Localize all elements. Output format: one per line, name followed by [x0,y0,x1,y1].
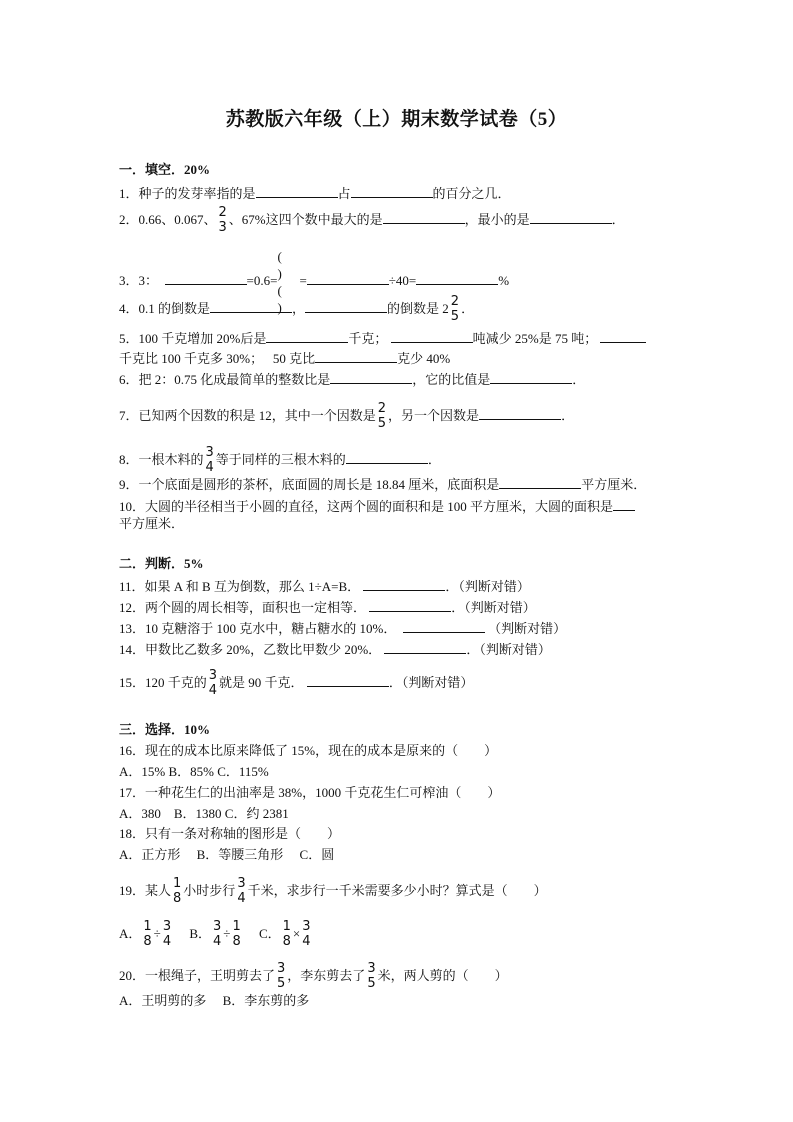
question-10: 10．大圆的半径相当于小圆的直径，这两个圆的面积和是 100 平方厘米，大圆的面… [119,497,635,515]
q6-text-b: ，它的比值是 [412,372,490,387]
q2-text-b: 、67%这四个数中最大的是 [229,212,383,227]
q1-text-c: 的百分之几． [433,186,511,201]
answer-blank[interactable] [363,577,445,591]
answer-blank[interactable] [384,640,466,654]
q6-text-a: 6．把 2：0.75 化成最简单的整数比是 [119,372,330,387]
question-2: 2．0.66、0.067、23、67%这四个数中最大的是，最小的是． [119,206,625,236]
answer-blank[interactable] [307,271,389,285]
question-5: 5．100 千克增加 20%后是千克； 吨减少 25%是 75 吨； [119,329,646,347]
question-12: 12．两个圆的周长相等，面积也一定相等． ．（判断对错） [119,598,536,616]
question-19-options: A．18÷34 B．34÷18 C．18×34 [119,920,313,950]
q20-text-b: ，李东剪去了 [287,968,365,983]
q2-text-d: ． [612,212,625,227]
answer-blank[interactable] [315,349,397,363]
fraction: 34 [206,445,214,475]
answer-blank[interactable] [346,450,428,464]
question-16: 16．现在的成本比原来降低了 15%，现在的成本是原来的（ ） [119,743,497,759]
question-20-options[interactable]: A．王明剪的多 B．李东剪的多 [119,993,309,1009]
fraction: 18 [173,876,181,906]
q5-text-e: 克少 40% [397,351,450,366]
answer-blank[interactable] [479,406,561,420]
q9-text-b: 平方厘米． [581,477,646,492]
question-14: 14．甲数比乙数多 20%，乙数比甲数少 20%． ．（判断对错） [119,640,551,658]
answer-blank[interactable] [499,475,581,489]
q3-text-c: = [299,273,306,288]
answer-blank[interactable] [416,271,498,285]
answer-blank[interactable] [530,210,612,224]
q13-text-b: （判断对错） [488,621,566,636]
q20-text-a: 20．一根绳子，王明剪去了 [119,968,275,983]
answer-blank[interactable] [490,370,572,384]
q19-text-b: 小时步行 [183,883,235,898]
q11-text-b: ．（判断对错） [445,579,530,594]
q9-text-a: 9．一个底面是圆形的茶杯，底面圆的周长是 18.84 厘米，底面积是 [119,477,499,492]
q6-text-c: ． [572,372,585,387]
q11-text-a: 11．如果 A 和 B 互为倒数，那么 1÷A=B． [119,579,360,594]
q3-text-e: % [498,273,509,288]
answer-blank[interactable] [165,271,247,285]
q2-text-c: ，最小的是 [465,212,530,227]
q7-text-b: ，另一个因数是 [388,408,479,423]
q19-text-a: 19．某人 [119,883,171,898]
option-b[interactable]: B．34÷18 [189,926,242,941]
q4-text-a: 4．0.1 的倒数是 [119,301,210,316]
answer-blank[interactable] [330,370,412,384]
fraction: 34 [237,876,245,906]
question-4: 4．0.1 的倒数是，的倒数是 225． [119,295,474,325]
answer-blank[interactable] [266,329,348,343]
section-heading-multiple-choice: 三．选择．10% [119,722,210,738]
fraction: 35 [277,961,285,991]
q14-text-a: 14．甲数比乙数多 20%，乙数比甲数少 20%． [119,642,381,657]
question-13: 13．10 克糖溶于 100 克水中，糖占糖水的 10%． （判断对错） [119,619,566,637]
answer-blank[interactable] [369,598,451,612]
q7-text-a: 7．已知两个因数的积是 12，其中一个因数是 [119,408,376,423]
exam-page: 苏教版六年级（上）期末数学试卷（5） 一．填空．20% 1．种子的发芽率指的是占… [0,0,793,1122]
question-8: 8．一根木料的34等于同样的三根木料的． [119,446,441,476]
question-10-continued: 平方厘米． [119,516,184,532]
fraction: 34 [209,668,217,698]
answer-blank[interactable] [256,184,338,198]
answer-blank[interactable] [351,184,433,198]
option-a[interactable]: A．18÷34 [119,926,173,941]
option-c[interactable]: C．18×34 [259,926,313,941]
q4-text-d: ． [461,301,474,316]
q2-text-a: 2．0.66、0.067、 [119,212,217,227]
question-5-continued: 千克比 100 千克多 30%； 50 克比克少 40% [119,349,450,367]
q8-text-b: 等于同样的三根木料的 [216,452,346,467]
fraction: 25 [378,401,386,431]
q5-text-d: 千克比 100 千克多 30%； 50 克比 [119,351,315,366]
q5-text-a: 5．100 千克增加 20%后是 [119,331,266,346]
q1-text-a: 1．种子的发芽率指的是 [119,186,256,201]
question-16-options[interactable]: A．15% B．85% C．115% [119,764,269,780]
answer-blank[interactable] [383,210,465,224]
q15-text-c: ．（判断对错） [389,675,474,690]
question-11: 11．如果 A 和 B 互为倒数，那么 1÷A=B． ．（判断对错） [119,577,530,595]
q19-text-c: 千米，求步行一千米需要多少小时？算式是（ ） [248,883,547,898]
q3-text-b: =0.6= [247,273,278,288]
q3-text-a: 3．3： [119,273,158,288]
section-heading-true-false: 二．判断．5% [119,556,204,572]
q4-text-b: ， [292,301,305,316]
q3-text-d: ÷40= [389,273,416,288]
question-15: 15．120 千克的34就是 90 千克． ．（判断对错） [119,669,473,699]
question-9: 9．一个底面是圆形的茶杯，底面圆的周长是 18.84 厘米，底面积是平方厘米． [119,475,646,493]
question-6: 6．把 2：0.75 化成最简单的整数比是，它的比值是． [119,370,585,388]
q5-text-c: 吨减少 25%是 75 吨； [473,331,598,346]
question-17-options[interactable]: A．380 B．1380 C．约 2381 [119,806,289,822]
question-20: 20．一根绳子，王明剪去了35，李东剪去了35米，两人剪的（ ） [119,962,508,992]
answer-blank[interactable] [210,299,292,313]
q12-text-a: 12．两个圆的周长相等，面积也一定相等． [119,600,366,615]
q12-text-b: ．（判断对错） [451,600,536,615]
q4-text-c: 的倒数是 2 [387,301,449,316]
q10-text-a: 10．大圆的半径相当于小圆的直径，这两个圆的面积和是 100 平方厘米，大圆的面… [119,499,613,514]
q15-text-b: 就是 90 千克． [219,675,304,690]
q8-text-a: 8．一根木料的 [119,452,204,467]
q8-text-c: ． [428,452,441,467]
fraction: 35 [367,961,375,991]
question-18-options[interactable]: A．正方形 B．等腰三角形 C．圆 [119,847,334,863]
fraction: 23 [219,205,227,235]
question-7: 7．已知两个因数的积是 12，其中一个因数是25，另一个因数是． [119,402,574,432]
answer-blank[interactable] [391,329,473,343]
q7-text-c: ． [561,408,574,423]
q5-text-b: 千克； [348,331,387,346]
answer-blank[interactable] [613,497,635,511]
q1-text-b: 占 [338,186,351,201]
question-19: 19．某人18小时步行34千米，求步行一千米需要多少小时？算式是（ ） [119,877,547,907]
q15-text-a: 15．120 千克的 [119,675,207,690]
answer-blank[interactable] [307,673,389,687]
fraction: 25 [451,294,459,324]
question-17: 17．一种花生仁的出油率是 38%，1000 千克花生仁可榨油（ ） [119,785,500,801]
answer-blank[interactable] [305,299,387,313]
q20-text-c: 米，两人剪的（ ） [378,968,508,983]
question-1: 1．种子的发芽率指的是占的百分之几． [119,184,511,202]
question-18: 18．只有一条对称轴的图形是（ ） [119,826,340,842]
section-heading-fill-in: 一．填空．20% [119,162,210,178]
q14-text-b: ．（判断对错） [466,642,551,657]
answer-blank[interactable] [403,619,485,633]
q13-text-a: 13．10 克糖溶于 100 克水中，糖占糖水的 10%． [119,621,396,636]
answer-blank[interactable] [600,329,646,343]
page-title: 苏教版六年级（上）期末数学试卷（5） [0,104,793,131]
